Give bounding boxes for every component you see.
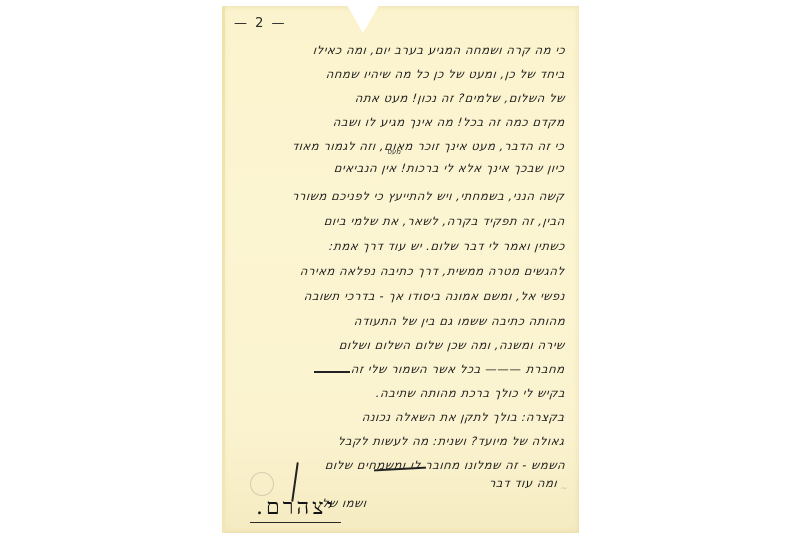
text-line: מהותה כתיבה ששמו גם בין של התעודה [353, 314, 566, 328]
letter-page: — 2 — כי מה קרה ושמחה המגיע בערב יום, ומ… [222, 6, 579, 533]
signature: יצהרם. [250, 494, 341, 523]
text-line: מקדם כמה זה בכל! מה אינך מגיע לו ושבה [332, 115, 565, 129]
page-number: — 2 — [234, 16, 287, 31]
margin-pencil-mark: ~ [560, 484, 568, 494]
closing-line: ומה עוד דבר [488, 476, 558, 490]
insertion-word: מעט [387, 148, 401, 156]
text-line: כי זה הדבר, מעט אינך זוכר מאום, וזה לגמו… [292, 139, 566, 153]
torn-notch [347, 5, 379, 33]
text-line: השמש - זה שמלונו מחובר לו ומשמחים שלום [324, 458, 566, 472]
faint-stamp-circle [250, 472, 274, 496]
text-line: הבין, זה תפקיד בקרה, לשאר, את שלמי ביום [323, 214, 566, 228]
text-line: גאולה של מיועד? ושנית: מה לעשות לקבל [338, 434, 566, 448]
text-line: כיון שבכך אינך אלא לי ברכות! אין הנביאים [333, 161, 565, 175]
text-line: שירה ומשנה, ומה שכן שלום השלום ושלום [338, 338, 565, 352]
text-line: כשתין ואמר לי דבר שלום. יש עוד דרך אמת: [328, 239, 566, 253]
text-line: קשה הנני, בשמחתי, ויש להתייעץ כי לפניכם … [292, 189, 566, 203]
text-line: להגשים מטרה ממשית, דרך כתיבה נפלאה מאירה [299, 264, 565, 278]
text-line: של השלום, שלמים? זה נכון! מעט אתה [354, 91, 566, 105]
text-line: נפשי אל, ומשם אמונה ביסודו אך - בדרכי תש… [303, 289, 566, 303]
text-line: בקיש לי כולך ברכת מהותה שתיבה. [375, 386, 566, 400]
text-line: ביחד של כן, ומעט של כן כל מה שיהיו שמחה [325, 67, 566, 81]
strikethrough-mark [314, 371, 350, 373]
text-line: בקצרה: בולך לתקן את השאלה נכונה [361, 410, 565, 424]
text-line: מחברת ——— בכל אשר השמור שלי זה [350, 362, 565, 376]
text-line: כי מה קרה ושמחה המגיע בערב יום, ומה כאיל… [312, 43, 566, 57]
